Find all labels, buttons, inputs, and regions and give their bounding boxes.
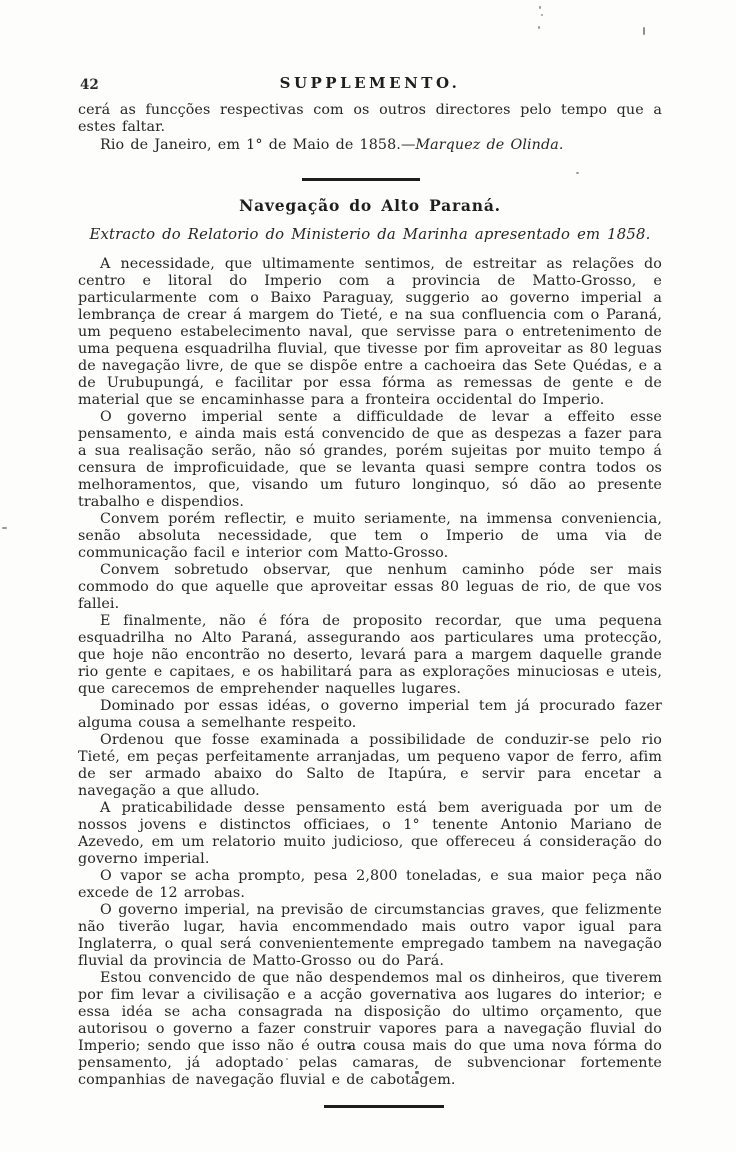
running-title: SUPPLEMENTO. bbox=[78, 74, 662, 92]
dateline: Rio de Janeiro, em 1° de Maio de 1858.—M… bbox=[78, 137, 662, 154]
article-paragraph: A praticabilidade desse pensamento está … bbox=[78, 800, 662, 868]
text-block: 42 SUPPLEMENTO. cerá as funcções respect… bbox=[78, 74, 662, 1108]
article-paragraph: Ordenou que fosse examinada a possibilid… bbox=[78, 732, 662, 800]
article-paragraph: E finalmente, não é fóra de proposito re… bbox=[78, 613, 662, 698]
scan-speck bbox=[539, 6, 541, 9]
end-of-article-rule bbox=[324, 1105, 444, 1108]
article-title: Navegação do Alto Paraná. bbox=[78, 196, 662, 215]
article-paragraph: O governo imperial, na previsão de circu… bbox=[78, 902, 662, 970]
page-number: 42 bbox=[80, 77, 99, 93]
page-header: 42 SUPPLEMENTO. bbox=[78, 74, 662, 94]
article-paragraph: Convem sobretudo observar, que nenhum ca… bbox=[78, 562, 662, 613]
article-paragraph: Dominado por essas idéas, o governo impe… bbox=[78, 698, 662, 732]
scanned-document-page: 42 SUPPLEMENTO. cerá as funcções respect… bbox=[0, 0, 736, 1152]
article-subtitle: Extracto do Relatorio do Ministerio da M… bbox=[78, 226, 662, 243]
article-paragraph: Estou convencido de que não despendemos … bbox=[78, 970, 662, 1089]
article-paragraph: Convem porém reflectir, e muito seriamen… bbox=[78, 511, 662, 562]
scan-speck bbox=[2, 527, 7, 529]
dateline-signature: Marquez de Olinda. bbox=[415, 137, 563, 153]
previous-article-continuation: cerá as funcções respectivas com os outr… bbox=[78, 102, 662, 136]
section-divider-rule bbox=[302, 178, 420, 181]
article-paragraph: O vapor se acha prompto, pesa 2,800 tone… bbox=[78, 868, 662, 902]
dateline-text: Rio de Janeiro, em 1° de Maio de 1858.— bbox=[100, 137, 415, 153]
scan-speck bbox=[538, 26, 540, 29]
scan-speck bbox=[643, 27, 645, 35]
article-paragraph: O governo imperial sente a difficuldade … bbox=[78, 409, 662, 511]
article-paragraph: A necessidade, que ultimamente sentimos,… bbox=[78, 256, 662, 409]
scan-speck bbox=[541, 14, 543, 16]
